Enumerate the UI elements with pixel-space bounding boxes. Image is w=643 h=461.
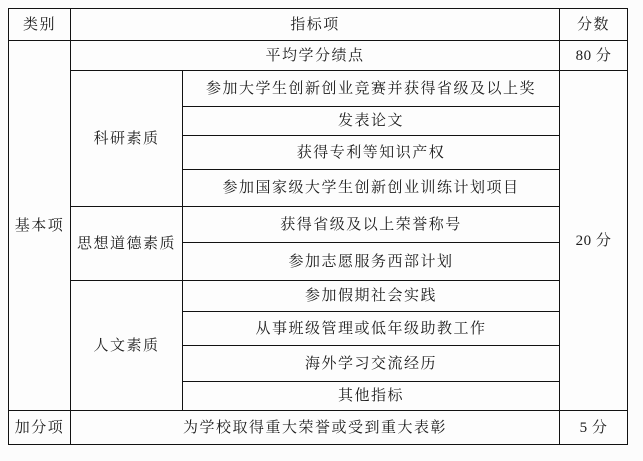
table-row-bonus: 加分项 为学校取得重大荣誉或受到重大表彰 5 分 [9,411,628,445]
section-humanities-quality: 人文素质 [71,281,183,411]
section-moral-quality: 思想道德素质 [71,207,183,281]
evaluation-score-table: 类别 指标项 分数 基本项 平均学分绩点 80 分 科研素质 参加大学生创新创业… [8,8,628,445]
header-indicator: 指标项 [71,9,560,41]
indicator-honor-title: 获得省级及以上荣誉称号 [183,207,560,243]
indicator-publish-paper: 发表论文 [183,107,560,136]
section-research-quality: 科研素质 [71,71,183,207]
indicator-patent: 获得专利等知识产权 [183,136,560,170]
table-header-row: 类别 指标项 分数 [9,9,628,41]
indicator-school-honor: 为学校取得重大荣誉或受到重大表彰 [71,411,560,445]
evaluation-table-container: 类别 指标项 分数 基本项 平均学分绩点 80 分 科研素质 参加大学生创新创业… [8,8,628,445]
indicator-innovation-competition: 参加大学生创新创业竞赛并获得省级及以上奖 [183,71,560,107]
table-row-honor-title: 思想道德素质 获得省级及以上荣誉称号 [9,207,628,243]
indicator-social-practice: 参加假期社会实践 [183,281,560,312]
table-row-gpa: 基本项 平均学分绩点 80 分 [9,41,628,71]
indicator-other: 其他指标 [183,382,560,411]
indicator-overseas-exchange: 海外学习交流经历 [183,346,560,382]
indicator-national-training: 参加国家级大学生创新创业训练计划项目 [183,170,560,207]
score-gpa: 80 分 [560,41,628,71]
score-bonus: 5 分 [560,411,628,445]
table-row-social-practice: 人文素质 参加假期社会实践 [9,281,628,312]
indicator-gpa: 平均学分绩点 [71,41,560,71]
category-bonus: 加分项 [9,411,71,445]
indicator-class-management: 从事班级管理或低年级助教工作 [183,312,560,346]
category-basic: 基本项 [9,41,71,411]
table-row-innovation-competition: 科研素质 参加大学生创新创业竞赛并获得省级及以上奖 20 分 [9,71,628,107]
indicator-west-volunteer: 参加志愿服务西部计划 [183,243,560,281]
score-basic-sections: 20 分 [560,71,628,411]
header-category: 类别 [9,9,71,41]
header-score: 分数 [560,9,628,41]
